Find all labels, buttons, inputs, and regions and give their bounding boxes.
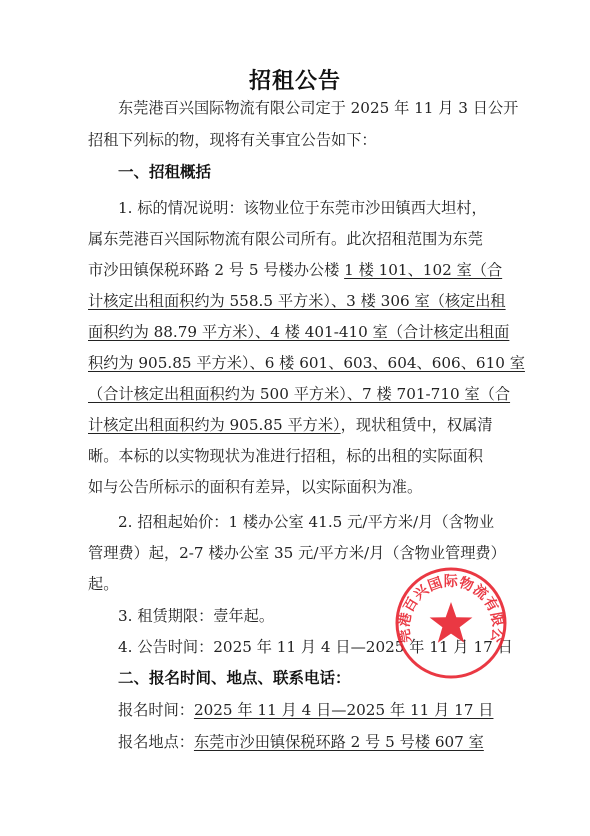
item1-line-6-underlined: 积约为 905.85 平方米）、6 楼 601、603、604、606、610 … [88, 354, 525, 372]
registration-time-value: 2025 年 11 月 4 日—2025 年 11 月 17 日 [194, 701, 494, 719]
document-page: 招租公告 东莞港百兴国际物流有限公司定于 2025 年 11 月 3 日公开 招… [0, 0, 590, 836]
registration-time: 报名时间：2025 年 11 月 4 日—2025 年 11 月 17 日 [118, 700, 558, 720]
item1-line-9: 晰。本标的以实物现状为准进行招租，标的出租的实际面积 [88, 446, 528, 466]
item1-line-8-underlined: 计核定出租面积约为 905.85 平方米） [88, 416, 341, 434]
item1-line-7-underlined: （合计核定出租面积约为 500 平方米）、7 楼 701-710 室（合 [88, 385, 510, 403]
registration-place-label: 报名地点： [118, 733, 194, 751]
item1-line-5: 面积约为 88.79 平方米）、4 楼 401-410 室（合计核定出租面 [88, 322, 528, 342]
item1-line-8-text: ，现状租赁中，权属清 [341, 416, 493, 434]
company-seal: 东莞港百兴国际物流有限公司 [394, 566, 508, 680]
registration-place-value: 东莞市沙田镇保税环路 2 号 5 号楼 607 室 [194, 733, 484, 751]
registration-place: 报名地点：东莞市沙田镇保税环路 2 号 5 号楼 607 室 [118, 732, 558, 752]
document-title: 招租公告 [0, 64, 590, 95]
intro-line-2: 招租下列标的物，现将有关事宜公告如下： [88, 130, 528, 150]
item1-line-4-underlined: 计核定出租面积约为 558.5 平方米）、3 楼 306 室（核定出租 [88, 292, 506, 310]
registration-time-label: 报名时间： [118, 701, 194, 719]
item2-line-1: 2. 招租起始价：1 楼办公室 41.5 元/平方米/月（含物业 [118, 512, 558, 532]
item1-line-2: 属东莞港百兴国际物流有限公司所有。此次招租范围为东莞 [88, 229, 528, 249]
item1-line-8: 计核定出租面积约为 905.85 平方米），现状租赁中，权属清 [88, 415, 528, 435]
star-icon [430, 602, 473, 643]
item1-line-6: 积约为 905.85 平方米）、6 楼 601、603、604、606、610 … [88, 353, 528, 373]
item1-line-1: 1. 标的情况说明：该物业位于东莞市沙田镇西大坦村， [118, 198, 558, 218]
item2-line-2: 管理费）起，2-7 楼办公室 35 元/平方米/月（含物业管理费） [88, 543, 528, 563]
item1-line-3-text: 市沙田镇保税环路 2 号 5 号楼办公楼 [88, 261, 344, 279]
item1-line-4: 计核定出租面积约为 558.5 平方米）、3 楼 306 室（核定出租 [88, 291, 528, 311]
item1-line-5-underlined: 面积约为 88.79 平方米）、4 楼 401-410 室（合计核定出租面 [88, 323, 509, 341]
item1-line-3-underlined: 1 楼 101、102 室（合 [344, 261, 502, 279]
item1-line-7: （合计核定出租面积约为 500 平方米）、7 楼 701-710 室（合 [88, 384, 528, 404]
section1-heading: 一、招租概括 [118, 162, 558, 182]
intro-line-1: 东莞港百兴国际物流有限公司定于 2025 年 11 月 3 日公开 [118, 98, 558, 118]
item1-line-3: 市沙田镇保税环路 2 号 5 号楼办公楼 1 楼 101、102 室（合 [88, 260, 528, 280]
item1-line-10: 如与公告所标示的面积有差异，以实际面积为准。 [88, 477, 528, 497]
